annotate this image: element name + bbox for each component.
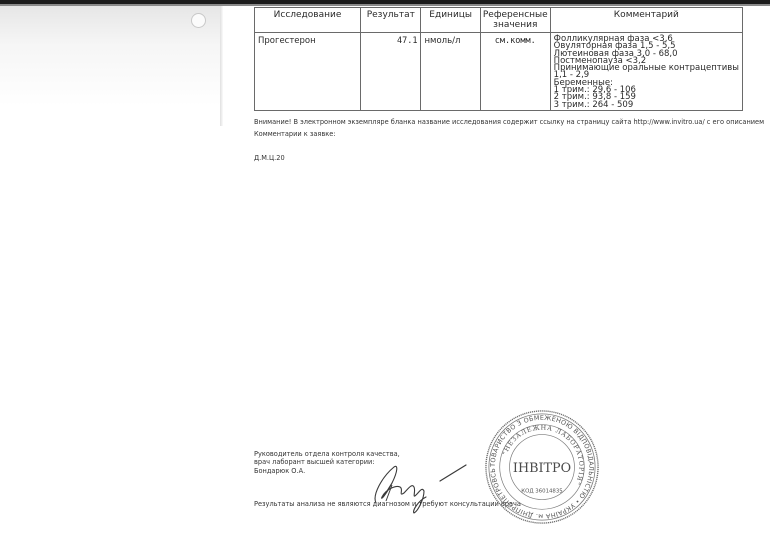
cell-comment: Фолликулярная фаза <3,6 Овуляторная фаза… [550,33,742,111]
request-comments-label: Комментарии к заявке: [254,130,336,138]
stamp-center-text: ІНВІТРО [513,461,571,476]
table-row: Прогестерон 47.1 нмоль/л см.комм. Фоллик… [255,33,743,111]
cell-test: Прогестерон [255,33,361,111]
laboratory-stamp-icon: ТОВАРИСТВО З ОБМЕЖЕНОЮ ВІДПОВІДАЛЬНІСТЮ … [483,408,601,526]
header-comment: Комментарий [550,8,742,33]
header-result: Результат [361,8,421,33]
header-reference: Референсные значения [480,8,550,33]
electronic-copy-notice: Внимание! В электронном экземпляре бланк… [254,118,764,126]
scan-shading [0,6,222,106]
document-code: Д.М.Ц.20 [254,154,285,162]
disclaimer-text: Результаты анализа не являются диагнозом… [254,500,521,508]
cell-result: 47.1 [361,33,421,111]
results-table: Исследование Результат Единицы Референсн… [254,7,743,111]
cell-reference: см.комм. [480,33,550,111]
cell-units: нмоль/л [421,33,480,111]
header-units: Единицы [421,8,480,33]
page-fold [220,6,223,126]
comment-line: 3 трим.: 264 - 509 [554,102,739,109]
stamp-code-text: КОД 36014835 [521,489,562,495]
table-header-row: Исследование Результат Единицы Референсн… [255,8,743,33]
header-test: Исследование [255,8,361,33]
punch-hole-icon [191,13,206,28]
